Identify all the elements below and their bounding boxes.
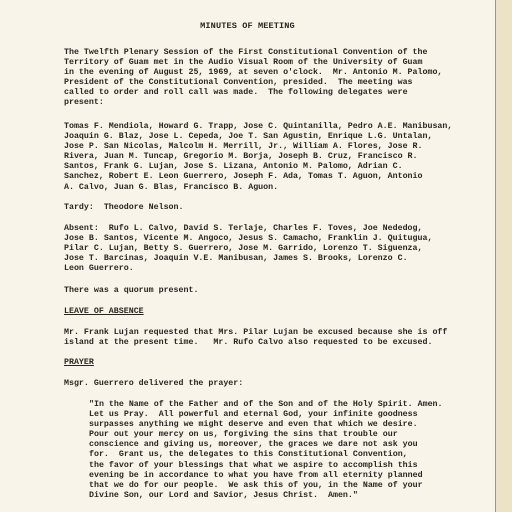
prayer-text: "In the Name of the Father and of the So… xyxy=(89,400,509,501)
leave-of-absence-paragraph: Mr. Frank Lujan requested that Mrs. Pila… xyxy=(64,328,484,348)
prayer-heading: PRAYER xyxy=(64,358,484,368)
document-title: MINUTES OF MEETING xyxy=(0,21,495,31)
present-delegates-paragraph: Tomas F. Mendiola, Howard G. Trapp, Jose… xyxy=(64,122,484,193)
page-edge xyxy=(495,0,512,512)
leave-of-absence-heading: LEAVE OF ABSENCE xyxy=(64,307,484,317)
quorum-line: There was a quorum present. xyxy=(64,286,484,296)
prayer-intro: Msgr. Guerrero delivered the prayer: xyxy=(64,379,484,389)
absent-delegates-paragraph: Absent: Rufo L. Calvo, David S. Terlaje,… xyxy=(64,224,484,274)
intro-paragraph: The Twelfth Plenary Session of the First… xyxy=(64,48,484,109)
document-page: MINUTES OF MEETING The Twelfth Plenary S… xyxy=(0,0,495,512)
tardy-line: Tardy: Theodore Nelson. xyxy=(64,203,484,213)
